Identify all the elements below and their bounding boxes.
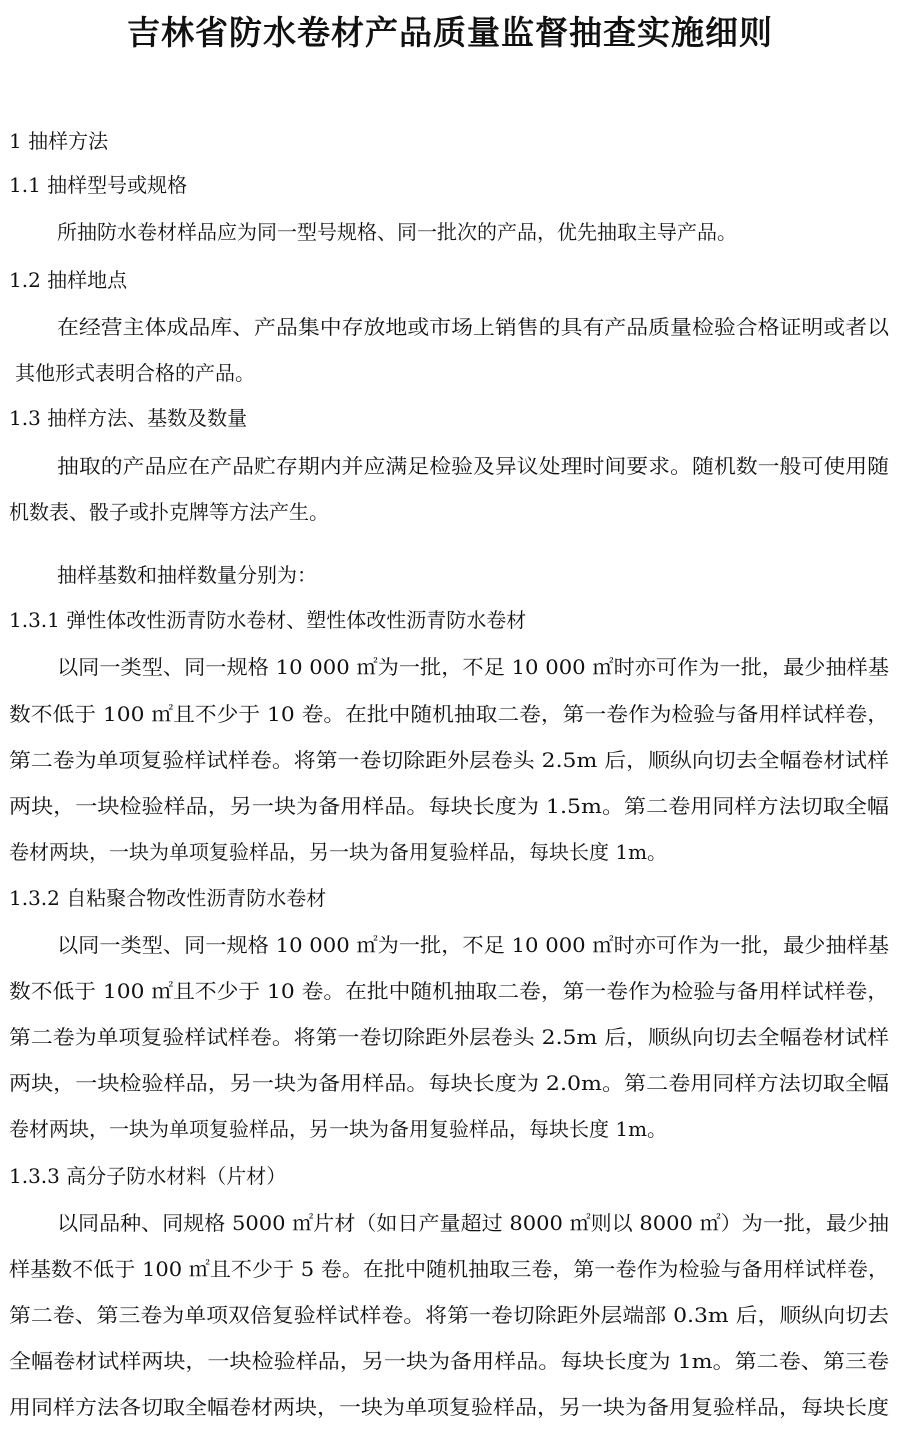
paragraph-line: 卷材两块，一块为单项复验样品，另一块为备用复验样品，每块长度 1m。 — [9, 1115, 667, 1143]
paragraph-line: 其他形式表明合格的产品。 — [15, 359, 255, 387]
section-heading: 1 抽样方法 — [9, 127, 108, 155]
paragraph-line: 全幅卷材试样两块，一块检验样品，另一块为备用样品。每块长度为 1m。第二卷、第三… — [9, 1347, 889, 1375]
paragraph-line: 以同品种、同规格 5000 ㎡片材（如日产量超过 8000 ㎡则以 8000 ㎡… — [57, 1209, 889, 1237]
paragraph-line: 抽样基数和抽样数量分别为： — [57, 561, 317, 589]
section-heading: 1.2 抽样地点 — [9, 266, 127, 294]
document-title: 吉林省防水卷材产品质量监督抽查实施细则 — [0, 8, 900, 58]
paragraph-line: 数不低于 100 ㎡且不少于 10 卷。在批中随机抽取二卷，第一卷作为检验与备用… — [9, 700, 889, 728]
paragraph-line: 机数表、骰子或扑克牌等方法产生。 — [9, 498, 329, 526]
section-heading: 1.3 抽样方法、基数及数量 — [9, 404, 247, 432]
paragraph-line: 以同一类型、同一规格 10 000 ㎡为一批，不足 10 000 ㎡时亦可作为一… — [57, 653, 889, 681]
paragraph-line: 卷材两块，一块为单项复验样品，另一块为备用复验样品，每块长度 1m。 — [9, 838, 667, 866]
section-heading: 1.3.3 高分子防水材料（片材） — [9, 1162, 286, 1190]
paragraph-line: 第二卷为单项复验样试样卷。将第一卷切除距外层卷头 2.5m 后，顺纵向切去全幅卷… — [9, 1023, 889, 1051]
section-heading: 1.1 抽样型号或规格 — [9, 171, 187, 199]
paragraph-line: 用同样方法各切取全幅卷材两块，一块为单项复验样品，另一块为备用复验样品，每块长度 — [9, 1393, 889, 1421]
paragraph-line: 抽取的产品应在产品贮存期内并应满足检验及异议处理时间要求。随机数一般可使用随 — [57, 452, 889, 480]
paragraph-line: 两块，一块检验样品，另一块为备用样品。每块长度为 2.0m。第二卷用同样方法切取… — [9, 1069, 889, 1097]
section-heading: 1.3.1 弹性体改性沥青防水卷材、塑性体改性沥青防水卷材 — [9, 606, 526, 634]
paragraph-line: 第二卷、第三卷为单项双倍复验样试样卷。将第一卷切除距外层端部 0.3m 后，顺纵… — [9, 1301, 889, 1329]
paragraph-line: 两块，一块检验样品，另一块为备用样品。每块长度为 1.5m。第二卷用同样方法切取… — [9, 792, 889, 820]
paragraph-line: 在经营主体成品库、产品集中存放地或市场上销售的具有产品质量检验合格证明或者以 — [57, 313, 889, 341]
paragraph-line: 数不低于 100 ㎡且不少于 10 卷。在批中随机抽取二卷，第一卷作为检验与备用… — [9, 977, 889, 1005]
paragraph-line: 所抽防水卷材样品应为同一型号规格、同一批次的产品，优先抽取主导产品。 — [57, 218, 737, 246]
paragraph-line: 第二卷为单项复验样试样卷。将第一卷切除距外层卷头 2.5m 后，顺纵向切去全幅卷… — [9, 746, 889, 774]
section-heading: 1.3.2 自粘聚合物改性沥青防水卷材 — [9, 884, 326, 912]
paragraph-line: 样基数不低于 100 ㎡且不少于 5 卷。在批中随机抽取三卷，第一卷作为检验与备… — [9, 1255, 889, 1283]
paragraph-line: 以同一类型、同一规格 10 000 ㎡为一批，不足 10 000 ㎡时亦可作为一… — [57, 931, 889, 959]
